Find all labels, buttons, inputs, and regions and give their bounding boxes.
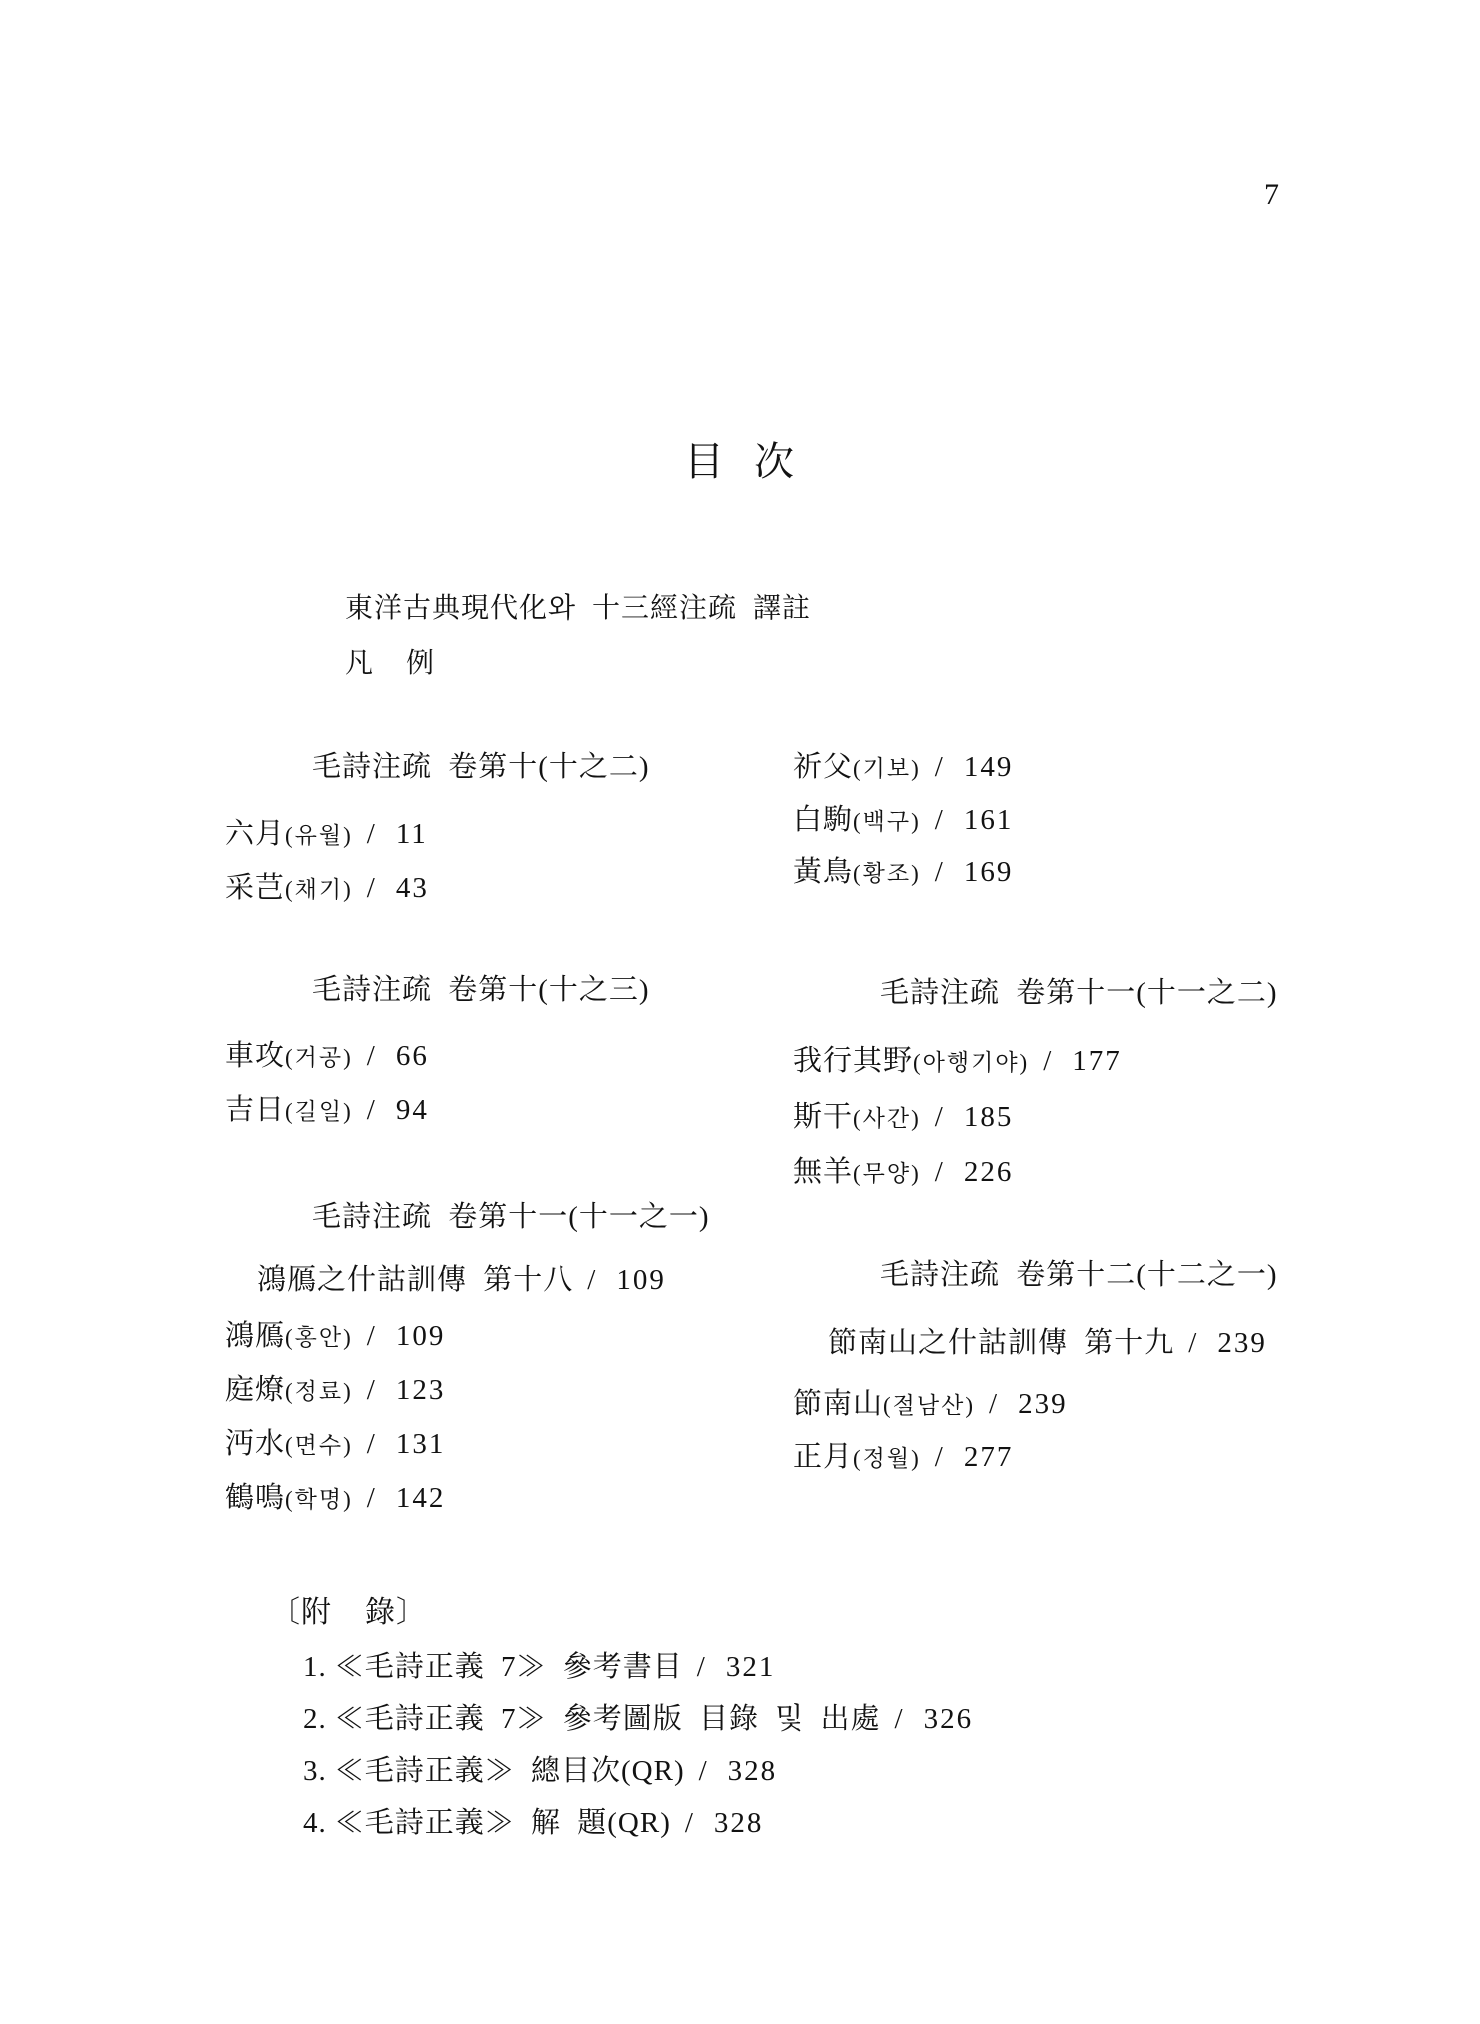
toc-sub-item: 鴻鴈之什詁訓傳 第十八/109 bbox=[257, 1264, 666, 1297]
toc-item-reading: (아행기야) bbox=[913, 1050, 1029, 1075]
toc-item-page-number: 43 bbox=[396, 872, 429, 904]
appendix-item: 2.≪毛詩正義 7≫ 參考圖版 目錄 및 出處/326 bbox=[303, 1703, 973, 1736]
toc-item-title: 白駒 bbox=[793, 804, 853, 836]
toc-item-title: 祈父 bbox=[793, 751, 853, 783]
toc-item-separator: / bbox=[1188, 1327, 1197, 1359]
appendix-item-title: ≪毛詩正義≫ 總目次(QR) bbox=[335, 1755, 685, 1787]
appendix-item-title: ≪毛詩正義 7≫ 參考圖版 目錄 및 出處 bbox=[335, 1703, 881, 1735]
toc-item-separator: / bbox=[367, 1094, 376, 1126]
appendix-item-title: ≪毛詩正義 7≫ 參考書目 bbox=[335, 1651, 683, 1683]
toc-item-page-number: 177 bbox=[1072, 1045, 1122, 1077]
toc-item-separator: / bbox=[697, 1651, 706, 1683]
toc-item-page-number: 239 bbox=[1217, 1327, 1267, 1359]
toc-item-page-number: 185 bbox=[964, 1101, 1014, 1133]
appendix-item-number: 1. bbox=[303, 1651, 327, 1683]
toc-item: 節南山(절남산)/239 bbox=[793, 1388, 1068, 1421]
appendix-item: 4.≪毛詩正義≫ 解 題(QR)/328 bbox=[303, 1807, 763, 1840]
appendix-item-number: 2. bbox=[303, 1703, 327, 1735]
toc-item-separator: / bbox=[935, 856, 944, 888]
toc-item-reading: (정월) bbox=[853, 1446, 921, 1471]
document-page: 7 目 次 東洋古典現代化와 十三經注疏 譯註 凡 例 毛詩注疏 卷第十(十之二… bbox=[0, 0, 1480, 2024]
toc-item-reading: (면수) bbox=[285, 1433, 353, 1458]
appendix-item-page-number: 328 bbox=[728, 1755, 778, 1787]
toc-item-title: 沔水 bbox=[225, 1428, 285, 1460]
toc-item-page-number: 149 bbox=[964, 751, 1014, 783]
toc-item: 我行其野(아행기야)/177 bbox=[793, 1045, 1122, 1078]
toc-item-page-number: 277 bbox=[964, 1441, 1014, 1473]
toc-item-separator: / bbox=[367, 1040, 376, 1072]
page-number: 7 bbox=[1264, 178, 1280, 213]
page-title: 目 次 bbox=[0, 430, 1480, 487]
toc-section-header: 毛詩注疏 卷第十一(十一之一) bbox=[312, 1201, 710, 1234]
toc-item-title: 車攻 bbox=[225, 1040, 285, 1072]
toc-item-title: 我行其野 bbox=[793, 1045, 913, 1077]
toc-item-title: 采芑 bbox=[225, 872, 285, 904]
appendix-item-number: 3. bbox=[303, 1755, 327, 1787]
appendix-item-number: 4. bbox=[303, 1807, 327, 1839]
front-matter-line: 東洋古典現代化와 十三經注疏 譯註 bbox=[345, 593, 811, 625]
toc-item-page-number: 11 bbox=[396, 818, 428, 850]
toc-item-separator: / bbox=[935, 1441, 944, 1473]
toc-item-separator: / bbox=[367, 1374, 376, 1406]
toc-item-reading: (길일) bbox=[285, 1099, 353, 1124]
toc-item-reading: (무양) bbox=[853, 1161, 921, 1186]
appendix-item-page-number: 321 bbox=[726, 1651, 776, 1683]
toc-item-separator: / bbox=[367, 1428, 376, 1460]
toc-item-reading: (황조) bbox=[853, 861, 921, 886]
toc-item-title: 黃鳥 bbox=[793, 856, 853, 888]
toc-section-header: 毛詩注疏 卷第十一(十一之二) bbox=[880, 977, 1278, 1010]
toc-section-header: 毛詩注疏 卷第十(十之二) bbox=[312, 751, 650, 784]
toc-item-page-number: 239 bbox=[1018, 1388, 1068, 1420]
toc-item: 無羊(무양)/226 bbox=[793, 1156, 1013, 1189]
toc-item: 吉日(길일)/94 bbox=[225, 1094, 429, 1127]
toc-item: 鶴鳴(학명)/142 bbox=[225, 1482, 445, 1515]
appendix-item-page-number: 328 bbox=[714, 1807, 764, 1839]
toc-item-page-number: 66 bbox=[396, 1040, 429, 1072]
toc-item-title: 節南山 bbox=[793, 1388, 883, 1420]
toc-item-reading: (기보) bbox=[853, 756, 921, 781]
toc-item-separator: / bbox=[367, 818, 376, 850]
toc-section-header: 毛詩注疏 卷第十(十之三) bbox=[312, 974, 650, 1007]
toc-item-page-number: 109 bbox=[396, 1320, 446, 1352]
toc-item: 白駒(백구)/161 bbox=[793, 804, 1013, 837]
toc-item-separator: / bbox=[685, 1807, 694, 1839]
toc-item-page-number: 142 bbox=[396, 1482, 446, 1514]
toc-item-title: 庭燎 bbox=[225, 1374, 285, 1406]
toc-item-separator: / bbox=[699, 1755, 708, 1787]
toc-sub-item: 節南山之什詁訓傳 第十九/239 bbox=[828, 1327, 1267, 1360]
front-matter-line: 凡 例 bbox=[345, 648, 435, 680]
toc-item-page-number: 123 bbox=[396, 1374, 446, 1406]
toc-item-title: 斯干 bbox=[793, 1101, 853, 1133]
toc-item: 鴻鴈(홍안)/109 bbox=[225, 1320, 445, 1353]
toc-item-reading: (사간) bbox=[853, 1106, 921, 1131]
toc-item-separator: / bbox=[367, 872, 376, 904]
appendix-item-title: ≪毛詩正義≫ 解 題(QR) bbox=[335, 1807, 671, 1839]
toc-item-reading: (홍안) bbox=[285, 1325, 353, 1350]
toc-item-separator: / bbox=[989, 1388, 998, 1420]
toc-item-reading: (유월) bbox=[285, 823, 353, 848]
toc-item-page-number: 226 bbox=[964, 1156, 1014, 1188]
toc-item: 正月(정월)/277 bbox=[793, 1441, 1013, 1474]
toc-item: 黃鳥(황조)/169 bbox=[793, 856, 1013, 889]
toc-item-reading: (채기) bbox=[285, 877, 353, 902]
toc-item-title: 鶴鳴 bbox=[225, 1482, 285, 1514]
appendix-header: 〔附 錄〕 bbox=[270, 1596, 427, 1631]
toc-item-reading: (절남산) bbox=[883, 1393, 975, 1418]
toc-item-separator: / bbox=[935, 751, 944, 783]
toc-item-separator: / bbox=[367, 1320, 376, 1352]
toc-item-reading: (학명) bbox=[285, 1487, 353, 1512]
toc-item: 祈父(기보)/149 bbox=[793, 751, 1013, 784]
toc-item-reading: (정료) bbox=[285, 1379, 353, 1404]
toc-section-header: 毛詩注疏 卷第十二(十二之一) bbox=[880, 1259, 1278, 1292]
toc-item: 車攻(거공)/66 bbox=[225, 1040, 429, 1073]
toc-item-separator: / bbox=[895, 1703, 904, 1735]
appendix-item-page-number: 326 bbox=[924, 1703, 974, 1735]
toc-item-title: 鴻鴈之什詁訓傳 第十八 bbox=[257, 1264, 573, 1296]
toc-item-title: 鴻鴈 bbox=[225, 1320, 285, 1352]
toc-item-title: 吉日 bbox=[225, 1094, 285, 1126]
toc-item-separator: / bbox=[935, 804, 944, 836]
toc-item: 庭燎(정료)/123 bbox=[225, 1374, 445, 1407]
toc-item-title: 正月 bbox=[793, 1441, 853, 1473]
toc-item-separator: / bbox=[935, 1101, 944, 1133]
toc-item-separator: / bbox=[367, 1482, 376, 1514]
toc-item-title: 六月 bbox=[225, 818, 285, 850]
toc-item-separator: / bbox=[587, 1264, 596, 1296]
toc-item-page-number: 131 bbox=[396, 1428, 446, 1460]
toc-item-page-number: 94 bbox=[396, 1094, 429, 1126]
toc-item-title: 無羊 bbox=[793, 1156, 853, 1188]
toc-item-title: 節南山之什詁訓傳 第十九 bbox=[828, 1327, 1174, 1359]
toc-item: 六月(유월)/11 bbox=[225, 818, 428, 851]
toc-item-separator: / bbox=[1043, 1045, 1052, 1077]
toc-item-page-number: 161 bbox=[964, 804, 1014, 836]
toc-item: 沔水(면수)/131 bbox=[225, 1428, 445, 1461]
toc-item: 采芑(채기)/43 bbox=[225, 872, 429, 905]
toc-item-page-number: 109 bbox=[616, 1264, 666, 1296]
appendix-item: 1.≪毛詩正義 7≫ 參考書目/321 bbox=[303, 1651, 775, 1684]
toc-item-page-number: 169 bbox=[964, 856, 1014, 888]
appendix-item: 3.≪毛詩正義≫ 總目次(QR)/328 bbox=[303, 1755, 777, 1788]
toc-item-reading: (백구) bbox=[853, 809, 921, 834]
toc-item-separator: / bbox=[935, 1156, 944, 1188]
toc-item: 斯干(사간)/185 bbox=[793, 1101, 1013, 1134]
toc-item-reading: (거공) bbox=[285, 1045, 353, 1070]
